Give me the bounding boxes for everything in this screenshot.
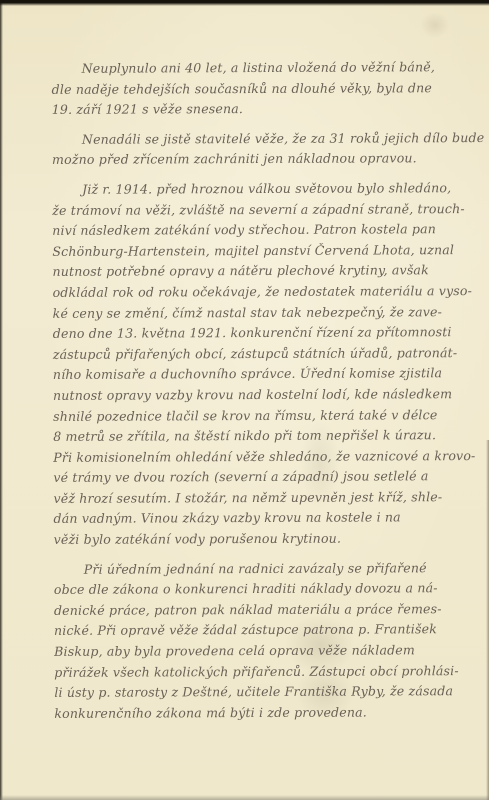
manuscript-line: věži bylo zatékání vody porušenou krytin… bbox=[54, 528, 466, 550]
manuscript-paragraph: Již r. 1914. před hroznou válkou světovo… bbox=[52, 178, 466, 550]
manuscript-line: 19. září 1921 s věže snesena. bbox=[52, 98, 464, 120]
manuscript-line: li ústy p. starosty z Deštné, učitele Fr… bbox=[54, 681, 466, 703]
manuscript-line: odkládal rok od roku očekávaje, že nedos… bbox=[53, 281, 465, 303]
manuscript-line: nutnost opravy vazby krovu nad kostelní … bbox=[53, 384, 465, 406]
manuscript-line: konkurenčního zákona má býti i zde prove… bbox=[54, 702, 466, 724]
scan-edge-left bbox=[0, 0, 3, 800]
manuscript-line: Již r. 1914. před hroznou válkou světovo… bbox=[52, 178, 464, 200]
manuscript-line: vé trámy ve dvou rozích (severní a západ… bbox=[53, 466, 465, 488]
manuscript-line: ního komisaře a duchovního správce. Úřed… bbox=[53, 363, 465, 385]
manuscript-line: Při komisionelním ohledání věže shledáno… bbox=[53, 446, 465, 468]
manuscript-line: dle naděje tehdejších současníků na dlou… bbox=[52, 78, 464, 100]
paper-blemish bbox=[420, 12, 450, 38]
manuscript-line: niví následkem zatékání vody střechou. P… bbox=[52, 219, 464, 241]
manuscript-line: ké ceny se změní, čímž nastal stav tak n… bbox=[53, 302, 465, 324]
manuscript-line: nické. Při opravě věže žádal zástupce pa… bbox=[54, 620, 466, 642]
manuscript-paragraph: Neuplynulo ani 40 let, a listina vložená… bbox=[52, 57, 464, 121]
manuscript-line: možno před zřícením zachrániti jen nákla… bbox=[52, 148, 464, 170]
manuscript-line: Neuplynulo ani 40 let, a listina vložená… bbox=[52, 57, 464, 79]
manuscript-line: 8 metrů se zřítila, na štěstí nikdo při … bbox=[53, 425, 465, 447]
manuscript-paragraph: Nenadáli se jistě stavitelé věže, že za … bbox=[52, 128, 464, 171]
manuscript-line: denické práce, patron pak náklad materiá… bbox=[54, 599, 466, 621]
scan-edge-bottom bbox=[0, 795, 489, 800]
manuscript-line: Nenadáli se jistě stavitelé věže, že za … bbox=[52, 128, 464, 150]
manuscript-line: deno dne 13. května 1921. konkurenční ří… bbox=[53, 322, 465, 344]
manuscript-line: Schönburg-Hartenstein, majitel panství Č… bbox=[52, 240, 464, 262]
manuscript-line: shnilé pozednice tlačil se krov na římsu… bbox=[53, 405, 465, 427]
manuscript-line: Při úředním jednání na radnici zavázaly … bbox=[54, 558, 466, 580]
scan-edge-top bbox=[0, 0, 489, 6]
manuscript-paragraph: Při úředním jednání na radnici zavázaly … bbox=[54, 558, 467, 725]
manuscript-text: Neuplynulo ani 40 let, a listina vložená… bbox=[52, 57, 467, 733]
scanned-page: Neuplynulo ani 40 let, a listina vložená… bbox=[0, 0, 489, 800]
manuscript-line: Biskup, aby byla provedena celá oprava v… bbox=[54, 640, 466, 662]
manuscript-line: dán vadným. Vinou zkázy vazby krovu na k… bbox=[53, 508, 465, 530]
manuscript-line: zástupců přifařených obcí, zástupců stát… bbox=[53, 343, 465, 365]
manuscript-line: přirážek všech katolických přifařenců. Z… bbox=[54, 661, 466, 683]
manuscript-line: že trámoví na věži, zvláště na severní a… bbox=[52, 199, 464, 221]
manuscript-line: obce dle zákona o konkurenci hraditi nák… bbox=[54, 578, 466, 600]
manuscript-line: nutnost potřebné opravy a nátěru plechov… bbox=[52, 260, 464, 282]
manuscript-line: věž hrozí sesutím. I stožár, na němž upe… bbox=[53, 487, 465, 509]
